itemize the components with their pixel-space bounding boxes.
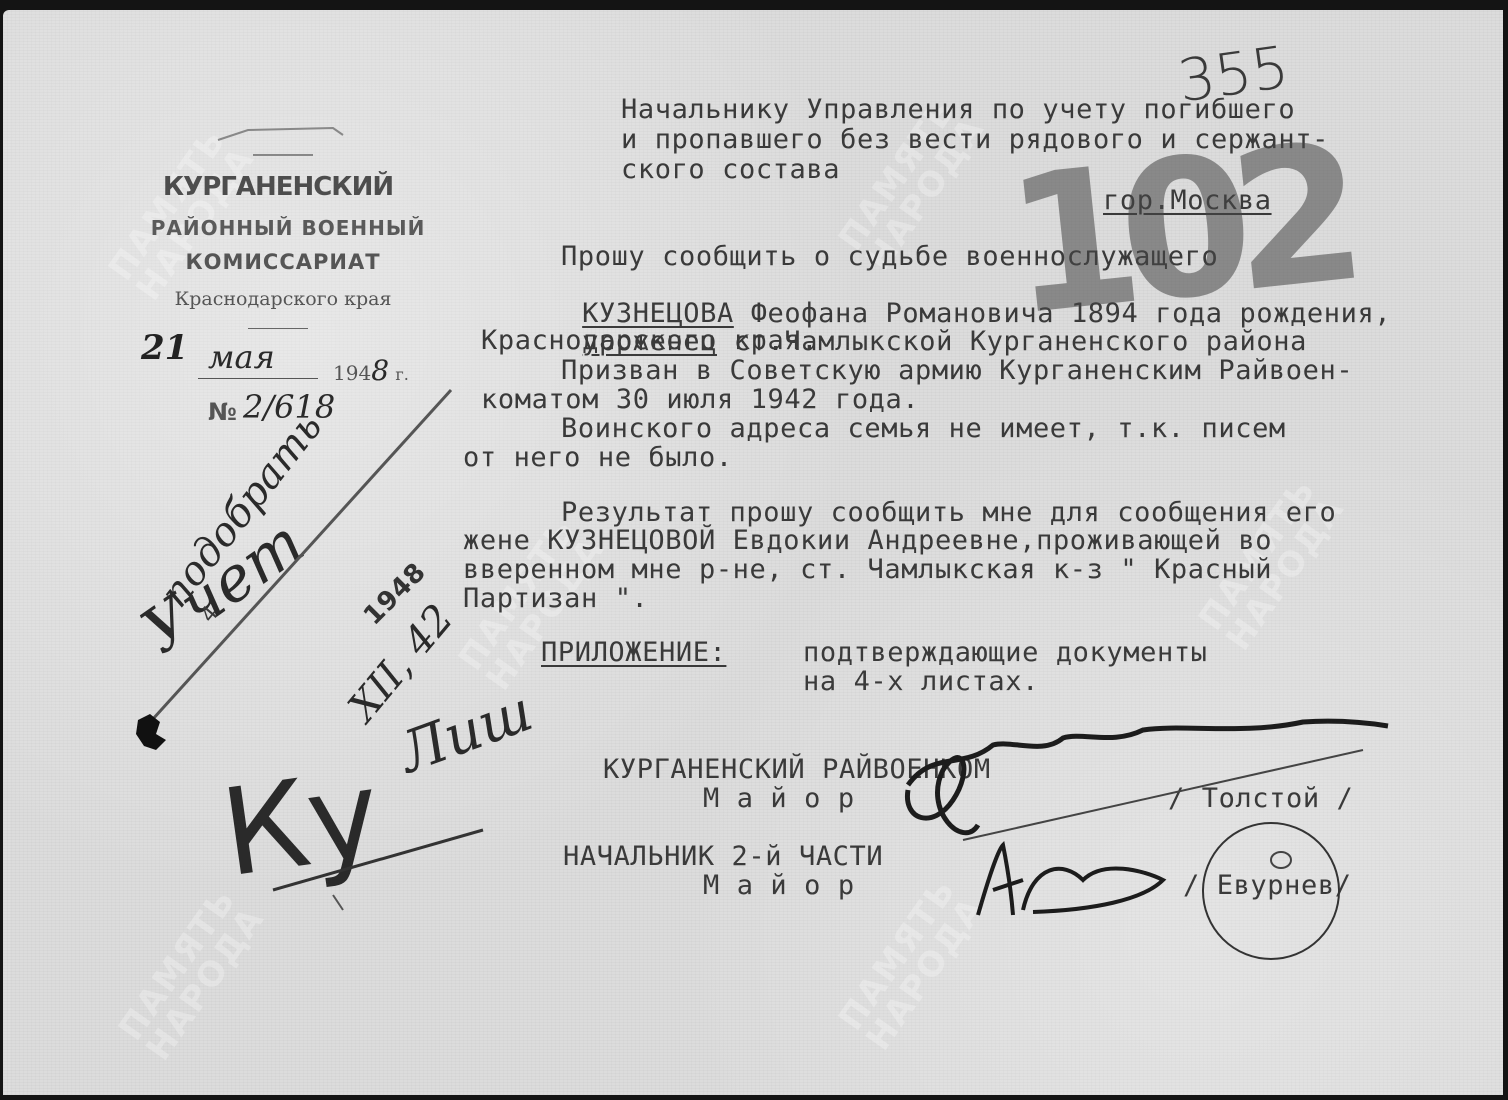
stamp-scribble <box>218 128 343 140</box>
body-line: от него не было. <box>463 443 733 472</box>
watermark: ПАМЯТЬ НАРОДА <box>113 882 270 1066</box>
stamp-date-day: 21 <box>141 328 188 368</box>
watermark-line: ПАМЯТЬ <box>113 882 242 1047</box>
stamp-divider <box>248 328 308 329</box>
body-line: вверенном мне р-не, ст. Чамлыкская к-з "… <box>463 555 1272 584</box>
stamp-line-region: Краснодарского края <box>133 288 433 310</box>
stamp-date-underline <box>198 378 318 379</box>
initials-ku: Ку <box>214 745 388 904</box>
body-line: Воинского адреса семья не имеет, т.к. пи… <box>561 414 1286 443</box>
archive-number: 102 <box>997 103 1355 358</box>
body-line: Партизан ". <box>463 584 648 613</box>
stamp-date-month: мая <box>208 338 275 376</box>
signatory-title: НАЧАЛЬНИК 2-й ЧАСТИ <box>563 842 883 871</box>
watermark-line: НАРОДА <box>141 901 270 1066</box>
watermark: ПАМЯТЬ НАРОДА <box>103 122 260 306</box>
signatory-rank: М а й о р <box>703 784 855 813</box>
stamp-year-g: г. <box>395 365 408 384</box>
stamp-line-district: КУРГАНЕНСКИЙ <box>148 172 408 202</box>
body-line: Результат прошу сообщить мне для сообщен… <box>561 498 1336 527</box>
signatory-name: / Толстой / <box>1168 784 1353 813</box>
attachment-line: на 4-х листах. <box>803 667 1039 696</box>
watermark-line: НАРОДА <box>861 891 990 1056</box>
stamp-year-prefix: 194 <box>333 361 371 385</box>
body-line: Призван в Советскую армию Курганенским Р… <box>561 356 1353 385</box>
stamp-number-prefix: № <box>208 398 237 426</box>
body-line: жене КУЗНЕЦОВОЙ Евдокии Андреевне,прожив… <box>463 526 1272 555</box>
signatory-rank: М а й о р <box>703 871 855 900</box>
stamp-date-year: 1948 г. <box>333 354 409 387</box>
attachment-label: ПРИЛОЖЕНИЕ: <box>541 638 726 667</box>
signatory-title: КУРГАНЕНСКИЙ РАЙВОЕНКОМ <box>603 755 991 784</box>
stamp-line-office: РАЙОННЫЙ ВОЕННЫЙ <box>123 216 453 240</box>
stamp-line-commissariat: КОМИССАРИАТ <box>153 250 413 274</box>
document-sheet: ПАМЯТЬ НАРОДА ПАМЯТЬ НАРОДА ПАМЯТЬ НАРОД… <box>3 10 1503 1095</box>
stamp-year-suffix: 8 <box>371 354 389 387</box>
signature-evurnev <box>978 845 1163 915</box>
ink-blot <box>136 714 166 750</box>
watermark: ПАМЯТЬ НАРОДА <box>833 872 990 1056</box>
signatory-name: / Евурнев/ <box>1183 871 1352 900</box>
body-line: Краснодарского края. <box>481 326 818 355</box>
attachment-line: подтверждающие документы <box>803 638 1208 667</box>
initials-right: Лиш <box>391 679 541 787</box>
addressee-line: ского состава <box>621 155 840 184</box>
body-line: коматом 30 июля 1942 года. <box>481 385 919 414</box>
